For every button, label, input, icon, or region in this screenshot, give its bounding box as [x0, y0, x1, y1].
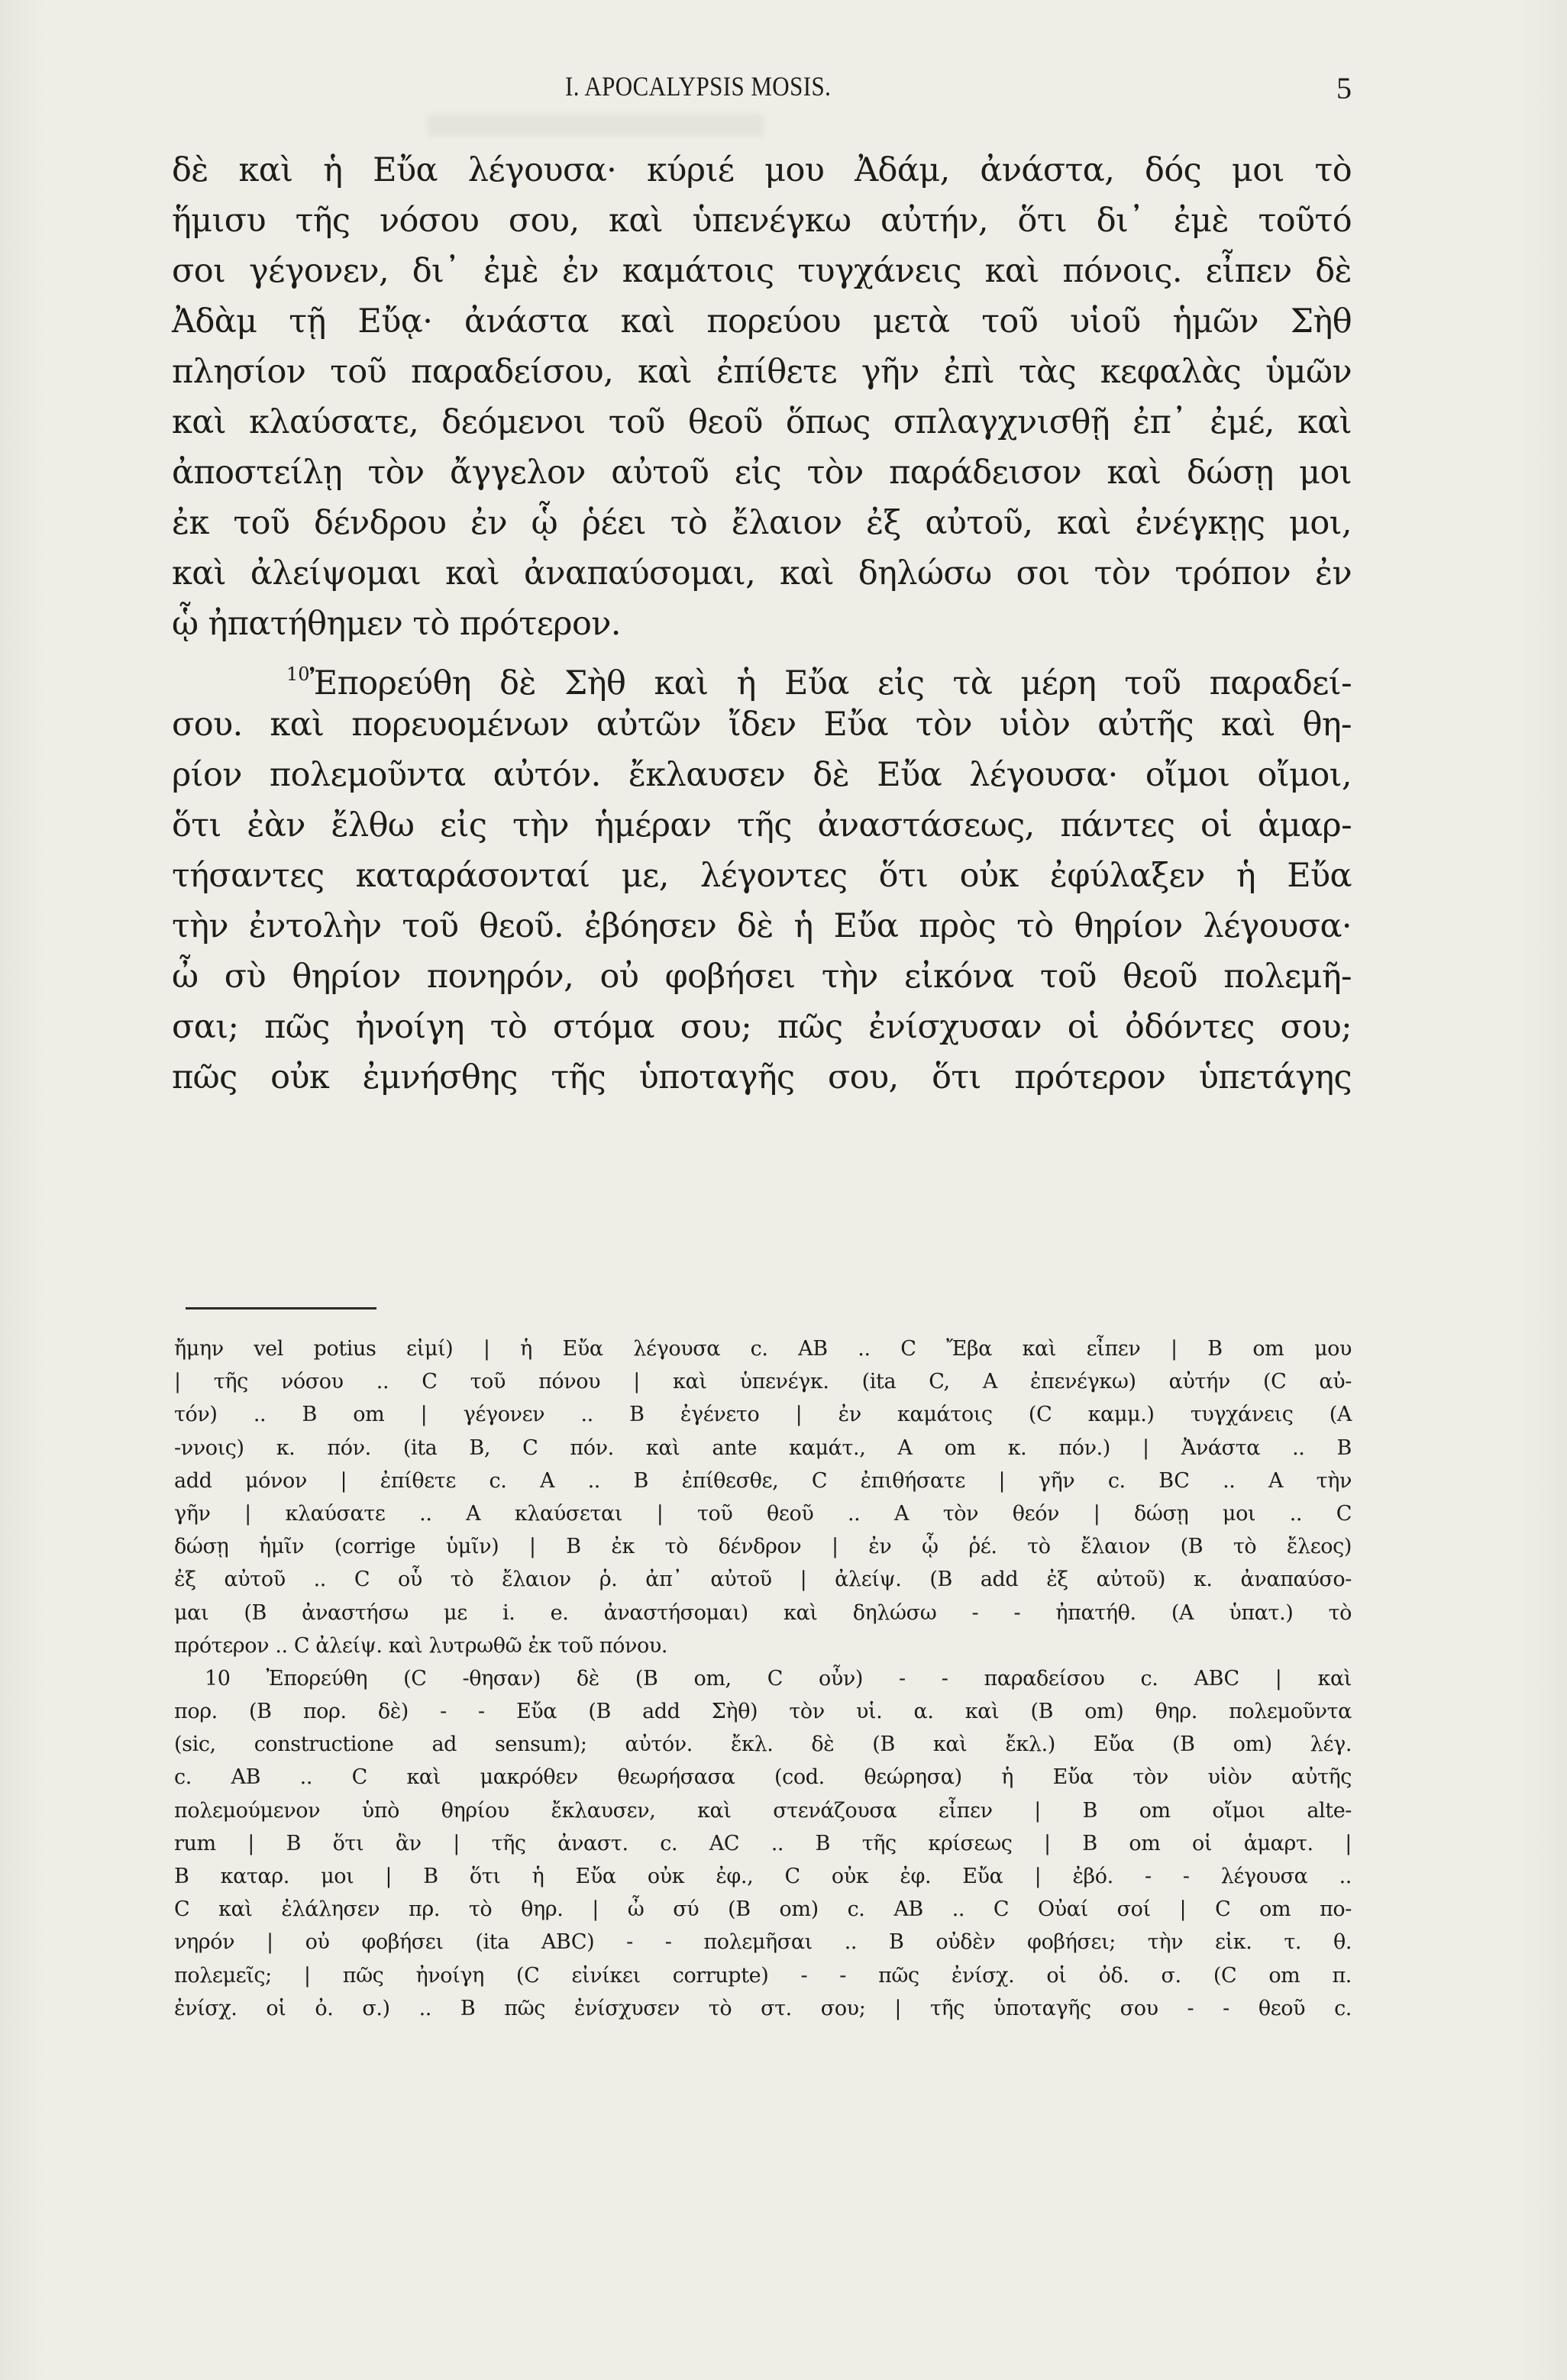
apparatus-line: add μόνον | ἐπίθετε c. A .. B ἐπίθεσθε, … [174, 1464, 1352, 1497]
apparatus-line: ἐνίσχ. οἱ ὀ. σ.) .. B πῶς ἐνίσχυσεν τὸ σ… [174, 1992, 1352, 2025]
book-page: I. APOCALYPSIS MOSIS. 5 δὲ καὶ ἡ Εὔα λέγ… [0, 0, 1567, 2380]
apparatus-line: | τῆς νόσου .. C τοῦ πόνου | καὶ ὑπενέγκ… [174, 1365, 1352, 1398]
text-line: δὲ καὶ ἡ Εὔα λέγουσα· κύριέ μου Ἀδάμ, ἀν… [172, 145, 1352, 195]
apparatus-line: ἤμην vel potius εἰμί) | ἡ Εὔα λέγουσα c.… [174, 1332, 1352, 1365]
apparatus-line: rum | B ὅτι ἂν | τῆς ἀναστ. c. AC .. B τ… [174, 1827, 1352, 1860]
footnote-rule [186, 1307, 376, 1309]
apparatus-line: -ννοις) κ. πόν. (ita B, C πόν. καὶ ante … [174, 1432, 1352, 1464]
text-line: ρίον πολεμοῦντα αὐτόν. ἔκλαυσεν δὲ Εὔα λ… [172, 750, 1352, 800]
apparatus-line: πολεμούμενον ὑπὸ θηρίου ἔκλαυσεν, καὶ στ… [174, 1794, 1352, 1827]
page-number: 5 [1336, 70, 1352, 106]
apparatus-line: C καὶ ἐλάλησεν πρ. τὸ θηρ. | ὦ σύ (B om)… [174, 1893, 1352, 1926]
apparatus-line: δώσῃ ἡμῖν (corrige ὑμῖν) | B ἐκ τὸ δένδρ… [174, 1530, 1352, 1563]
running-title: I. APOCALYPSIS MOSIS. [565, 70, 831, 102]
text-line: τὴν ἐντολὴν τοῦ θεοῦ. ἐβόησεν δὲ ἡ Εὔα π… [172, 901, 1352, 951]
text-line: ἐκ τοῦ δένδρου ἐν ᾧ ῥέει τὸ ἔλαιον ἐξ αὐ… [172, 498, 1352, 548]
apparatus-line: B καταρ. μοι | B ὅτι ἡ Εὔα οὐκ ἐφ., C οὐ… [174, 1860, 1352, 1893]
apparatus-line: c. AB .. C καὶ μακρόθεν θεωρήσασα (cod. … [174, 1761, 1352, 1794]
text-line: ὦ σὺ θηρίον πονηρόν, οὐ φοβήσει τὴν εἰκό… [172, 951, 1352, 1002]
show-through-bleed [428, 115, 764, 136]
text-line: ἀποστείλῃ τὸν ἄγγελον αὐτοῦ εἰς τὸν παρά… [172, 447, 1352, 498]
critical-apparatus: ἤμην vel potius εἰμί) | ἡ Εὔα λέγουσα c.… [174, 1332, 1352, 2025]
text-line: πλησίον τοῦ παραδείσου, καὶ ἐπίθετε γῆν … [172, 347, 1352, 397]
text-line: πῶς οὐκ ἐμνήσθης τῆς ὑποταγῆς σου, ὅτι π… [172, 1052, 1352, 1103]
apparatus-line: (sic, constructione ad sensum); αὐτόν. ἔ… [174, 1728, 1352, 1761]
text-line: σου. καὶ πορευομένων αὐτῶν ἴδεν Εὔα τὸν … [172, 699, 1352, 750]
apparatus-line: πορ. (B πορ. δὲ) - - Εὔα (B add Σὴθ) τὸν… [174, 1695, 1352, 1728]
apparatus-line: ἐξ αὐτοῦ .. C οὗ τὸ ἔλαιον ῥ. ἀπ᾿ αὐτοῦ … [174, 1563, 1352, 1596]
verse-10-first-line: 10Ἐπορεύθη δὲ Σὴθ καὶ ἡ Εὔα εἰς τὰ μέρη … [172, 649, 1352, 699]
text-line: ὅτι ἐὰν ἔλθω εἰς τὴν ἡμέραν τῆς ἀναστάσε… [172, 800, 1352, 851]
main-text: δὲ καὶ ἡ Εὔα λέγουσα· κύριέ μου Ἀδάμ, ἀν… [172, 145, 1352, 1103]
text-line: ἥμισυ τῆς νόσου σου, καὶ ὑπενέγκω αὐτήν,… [172, 195, 1352, 246]
running-head: I. APOCALYPSIS MOSIS. 5 [172, 70, 1352, 108]
text-line: σοι γέγονεν, δι᾿ ἐμὲ ἐν καμάτοις τυγχάνε… [172, 246, 1352, 296]
text-line: ᾧ ἠπατήθημεν τὸ πρότερον. [172, 599, 1352, 649]
verse-number: 10 [286, 664, 310, 685]
text-line: τήσαντες καταράσονταί με, λέγοντες ὅτι ο… [172, 851, 1352, 901]
apparatus-line: μαι (B ἀναστήσω με i. e. ἀναστήσομαι) κα… [174, 1597, 1352, 1629]
apparatus-line: γῆν | κλαύσατε .. A κλαύσεται | τοῦ θεοῦ… [174, 1497, 1352, 1530]
apparatus-line: τόν) .. B om | γέγονεν .. B ἐγένετο | ἐν… [174, 1398, 1352, 1431]
apparatus-line: 10 Ἐπορεύθη (C -θησαν) δὲ (B om, C οὖν) … [174, 1662, 1352, 1695]
text-line: Ἀδὰμ τῇ Εὔᾳ· ἀνάστα καὶ πορεύου μετὰ τοῦ… [172, 296, 1352, 347]
apparatus-line: πρότερον .. C ἀλείψ. καὶ λυτρωθῶ ἐκ τοῦ … [174, 1629, 1352, 1662]
text-line: καὶ ἀλείψομαι καὶ ἀναπαύσομαι, καὶ δηλώσ… [172, 548, 1352, 599]
text-line: καὶ κλαύσατε, δεόμενοι τοῦ θεοῦ ὅπως σπλ… [172, 397, 1352, 447]
apparatus-line: νηρόν | οὐ φοβήσει (ita ABC) - - πολεμῆσ… [174, 1926, 1352, 1959]
apparatus-line: πολεμεῖς; | πῶς ἠνοίγη (C εἰνίκει corrup… [174, 1959, 1352, 1992]
text-line: σαι; πῶς ἠνοίγη τὸ στόμα σου; πῶς ἐνίσχυ… [172, 1002, 1352, 1052]
text-line-content: Ἐπορεύθη δὲ Σὴθ καὶ ἡ Εὔα εἰς τὰ μέρη το… [310, 664, 1352, 702]
